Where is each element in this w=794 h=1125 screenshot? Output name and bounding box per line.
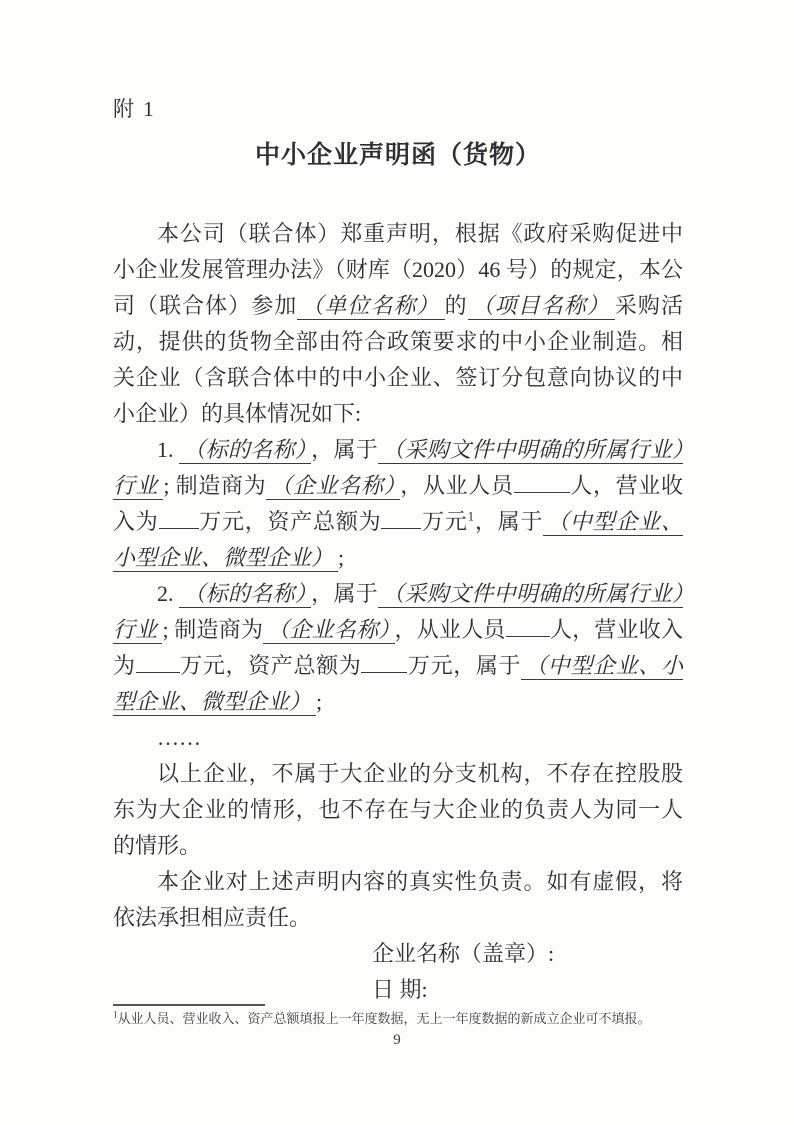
conclusion-paragraph-2: 本企业对上述声明内容的真实性负责。如有虚假，将依法承担相应责任。 [113, 864, 683, 936]
page-title: 中小企业声明函（货物） [113, 138, 683, 174]
blank-employee-count-2 [506, 614, 550, 637]
blank-assets-2 [361, 650, 407, 673]
item-1-number: 1. [157, 437, 174, 462]
footnote-text: 从业人员、营业收入、资产总额填报上一年度数据，无上一年度数据的新成立企业可不填报… [118, 1011, 651, 1026]
document-body: 本公司（联合体）郑重声明，根据《政府采购促进中小企业发展管理办法》（财库（202… [113, 216, 683, 1008]
field-company-name-1: （企业名称） [266, 473, 400, 500]
field-subject-name-1: （标的名称） [179, 437, 311, 464]
blank-revenue-2 [136, 650, 180, 673]
footnote-separator [113, 1004, 265, 1006]
blank-employee-count-1 [514, 470, 570, 493]
item-2-number: 2. [157, 581, 174, 606]
intro-paragraph: 本公司（联合体）郑重声明，根据《政府采购促进中小企业发展管理办法》（财库（202… [113, 216, 683, 432]
document-content: 附 1 中小企业声明函（货物） 本公司（联合体）郑重声明，根据《政府采购促进中小… [113, 94, 683, 1008]
signature-block: 企业名称（盖章）: 日 期: [372, 936, 683, 1008]
field-unit-name: （单位名称） [297, 293, 444, 320]
item-2-text-3: ，从业人员 [395, 617, 506, 642]
document-page: 附 1 中小企业声明函（货物） 本公司（联合体）郑重声明，根据《政府采购促进中小… [0, 0, 794, 1125]
attachment-label: 附 1 [113, 94, 683, 124]
item-2-text-2: ; 制造商为 [162, 617, 263, 642]
signature-company-line: 企业名称（盖章）: [372, 936, 683, 972]
footnote-text-line: 1从业人员、营业收入、资产总额填报上一年度数据，无上一年度数据的新成立企业可不填… [113, 1010, 683, 1028]
item-2-paragraph: 2. （标的名称），属于（采购文件中明确的所属行业）行业; 制造商为（企业名称）… [113, 576, 683, 720]
item-1-text-5: 万元，资产总额为 [199, 509, 382, 534]
footnote-area: 1从业人员、营业收入、资产总额填报上一年度数据，无上一年度数据的新成立企业可不填… [113, 1004, 683, 1028]
item-2-text-5: 万元，资产总额为 [180, 653, 362, 678]
item-1-text-3: ，从业人员 [400, 473, 513, 498]
blank-assets-1 [381, 506, 421, 529]
item-1-text-1: ，属于 [311, 437, 378, 462]
conclusion-paragraph-1: 以上企业，不属于大企业的分支机构，不存在控股股东为大企业的情形，也不存在与大企业… [113, 756, 683, 864]
ellipsis-line: …… [113, 720, 683, 756]
blank-revenue-1 [159, 506, 199, 529]
field-subject-name-2: （标的名称） [179, 581, 311, 608]
item-2-text-6: 万元，属于 [407, 653, 521, 678]
page-number: 9 [0, 1032, 794, 1049]
item-1-text-6: 万元 [421, 509, 467, 534]
field-company-name-2: （企业名称） [263, 617, 394, 644]
item-1-text-7: ，属于 [474, 509, 543, 534]
item-2-text-7: ; [316, 689, 322, 714]
item-1-paragraph: 1. （标的名称），属于（采购文件中明确的所属行业）行业; 制造商为（企业名称）… [113, 432, 683, 576]
field-project-name: （项目名称） [468, 293, 615, 320]
signature-date-line: 日 期: [372, 972, 683, 1008]
intro-text-2: 的 [445, 293, 468, 318]
item-1-text-2: ; 制造商为 [163, 473, 266, 498]
item-2-text-1: ，属于 [311, 581, 378, 606]
item-1-text-8: ; [338, 545, 344, 570]
